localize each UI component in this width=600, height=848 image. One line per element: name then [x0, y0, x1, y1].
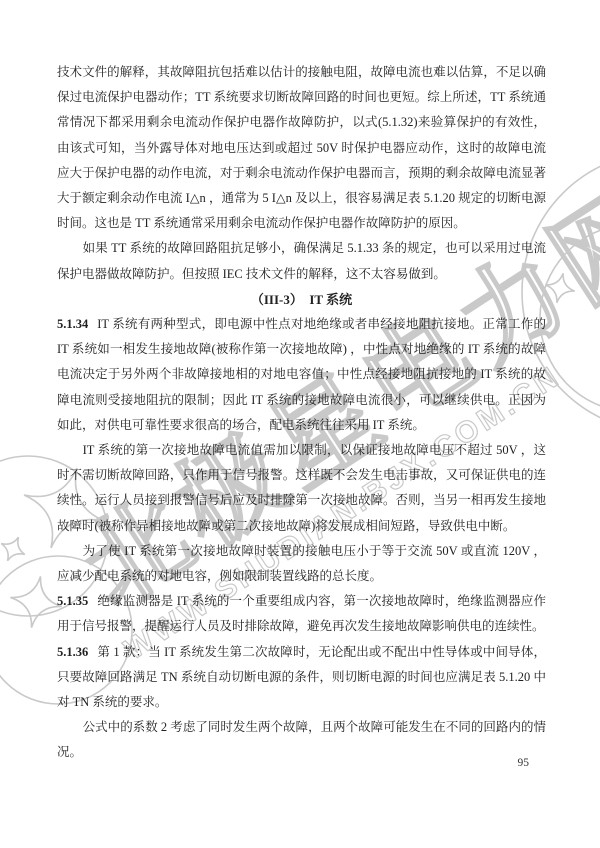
- clause-5-1-34: 5.1.34IT 系统有两种型式，即电源中性点对地绝缘或者串经接地阻抗接地。正常…: [57, 312, 546, 438]
- clause-5-1-35: 5.1.35绝缘监测器是 IT 系统的一个重要组成内容，第一次接地故障时，绝缘监…: [57, 589, 546, 639]
- document-page: 北极星电力网 WWW.SHUDIAN.BJX.COM.CN 技术文件的解释，其故…: [0, 0, 600, 848]
- document-body: 技术文件的解释，其故障阻抗包括难以估计的接触电阻，故障电流也难以估算，不足以确保…: [57, 60, 546, 766]
- paragraph-continuation: 技术文件的解释，其故障阻抗包括难以估计的接触电阻，故障电流也难以估算，不足以确保…: [57, 60, 546, 236]
- paragraph-text: 第 1 款：当 IT 系统发生第二次故障时，无论配出或不配出中性导体或中间导体，…: [57, 645, 546, 709]
- paragraph-text: IT 系统有两种型式，即电源中性点对地绝缘或者串经接地阻抗接地。正常工作的 IT…: [57, 317, 546, 432]
- clause-5-1-36: 5.1.36第 1 款：当 IT 系统发生第二次故障时，无论配出或不配出中性导体…: [57, 640, 546, 716]
- paragraph: IT 系统的第一次接地故障电流值需加以限制，以保证接地故障电压不超过 50V ，…: [57, 438, 546, 539]
- clause-number: 5.1.34: [57, 317, 97, 331]
- paragraph-text: IT 系统的第一次接地故障电流值需加以限制，以保证接地故障电压不超过 50V ，…: [57, 443, 546, 533]
- clause-number: 5.1.35: [57, 594, 97, 608]
- paragraph-text: 公式中的系数 2 考虑了同时发生两个故障，且两个故障可能发生在不同的回路内的情况…: [57, 720, 546, 759]
- clause-number: 5.1.36: [57, 645, 97, 659]
- page-number: 95: [518, 757, 530, 769]
- section-heading: （III-3） IT 系统: [57, 287, 546, 312]
- paragraph-text: 技术文件的解释，其故障阻抗包括难以估计的接触电阻，故障电流也难以估算，不足以确保…: [57, 65, 546, 230]
- paragraph-text: 为了使 IT 系统第一次接地故障时装置的接触电压小于等于交流 50V 或直流 1…: [57, 544, 546, 583]
- paragraph: 如果 TT 系统的故障回路阻抗足够小，确保满足 5.1.33 条的规定，也可以采…: [57, 236, 546, 286]
- paragraph: 为了使 IT 系统第一次接地故障时装置的接触电压小于等于交流 50V 或直流 1…: [57, 539, 546, 589]
- paragraph: 公式中的系数 2 考虑了同时发生两个故障，且两个故障可能发生在不同的回路内的情况…: [57, 715, 546, 765]
- paragraph-text: 如果 TT 系统的故障回路阻抗足够小，确保满足 5.1.33 条的规定，也可以采…: [57, 241, 546, 280]
- paragraph-text: 绝缘监测器是 IT 系统的一个重要组成内容，第一次接地故障时，绝缘监测器应作用于…: [57, 594, 546, 633]
